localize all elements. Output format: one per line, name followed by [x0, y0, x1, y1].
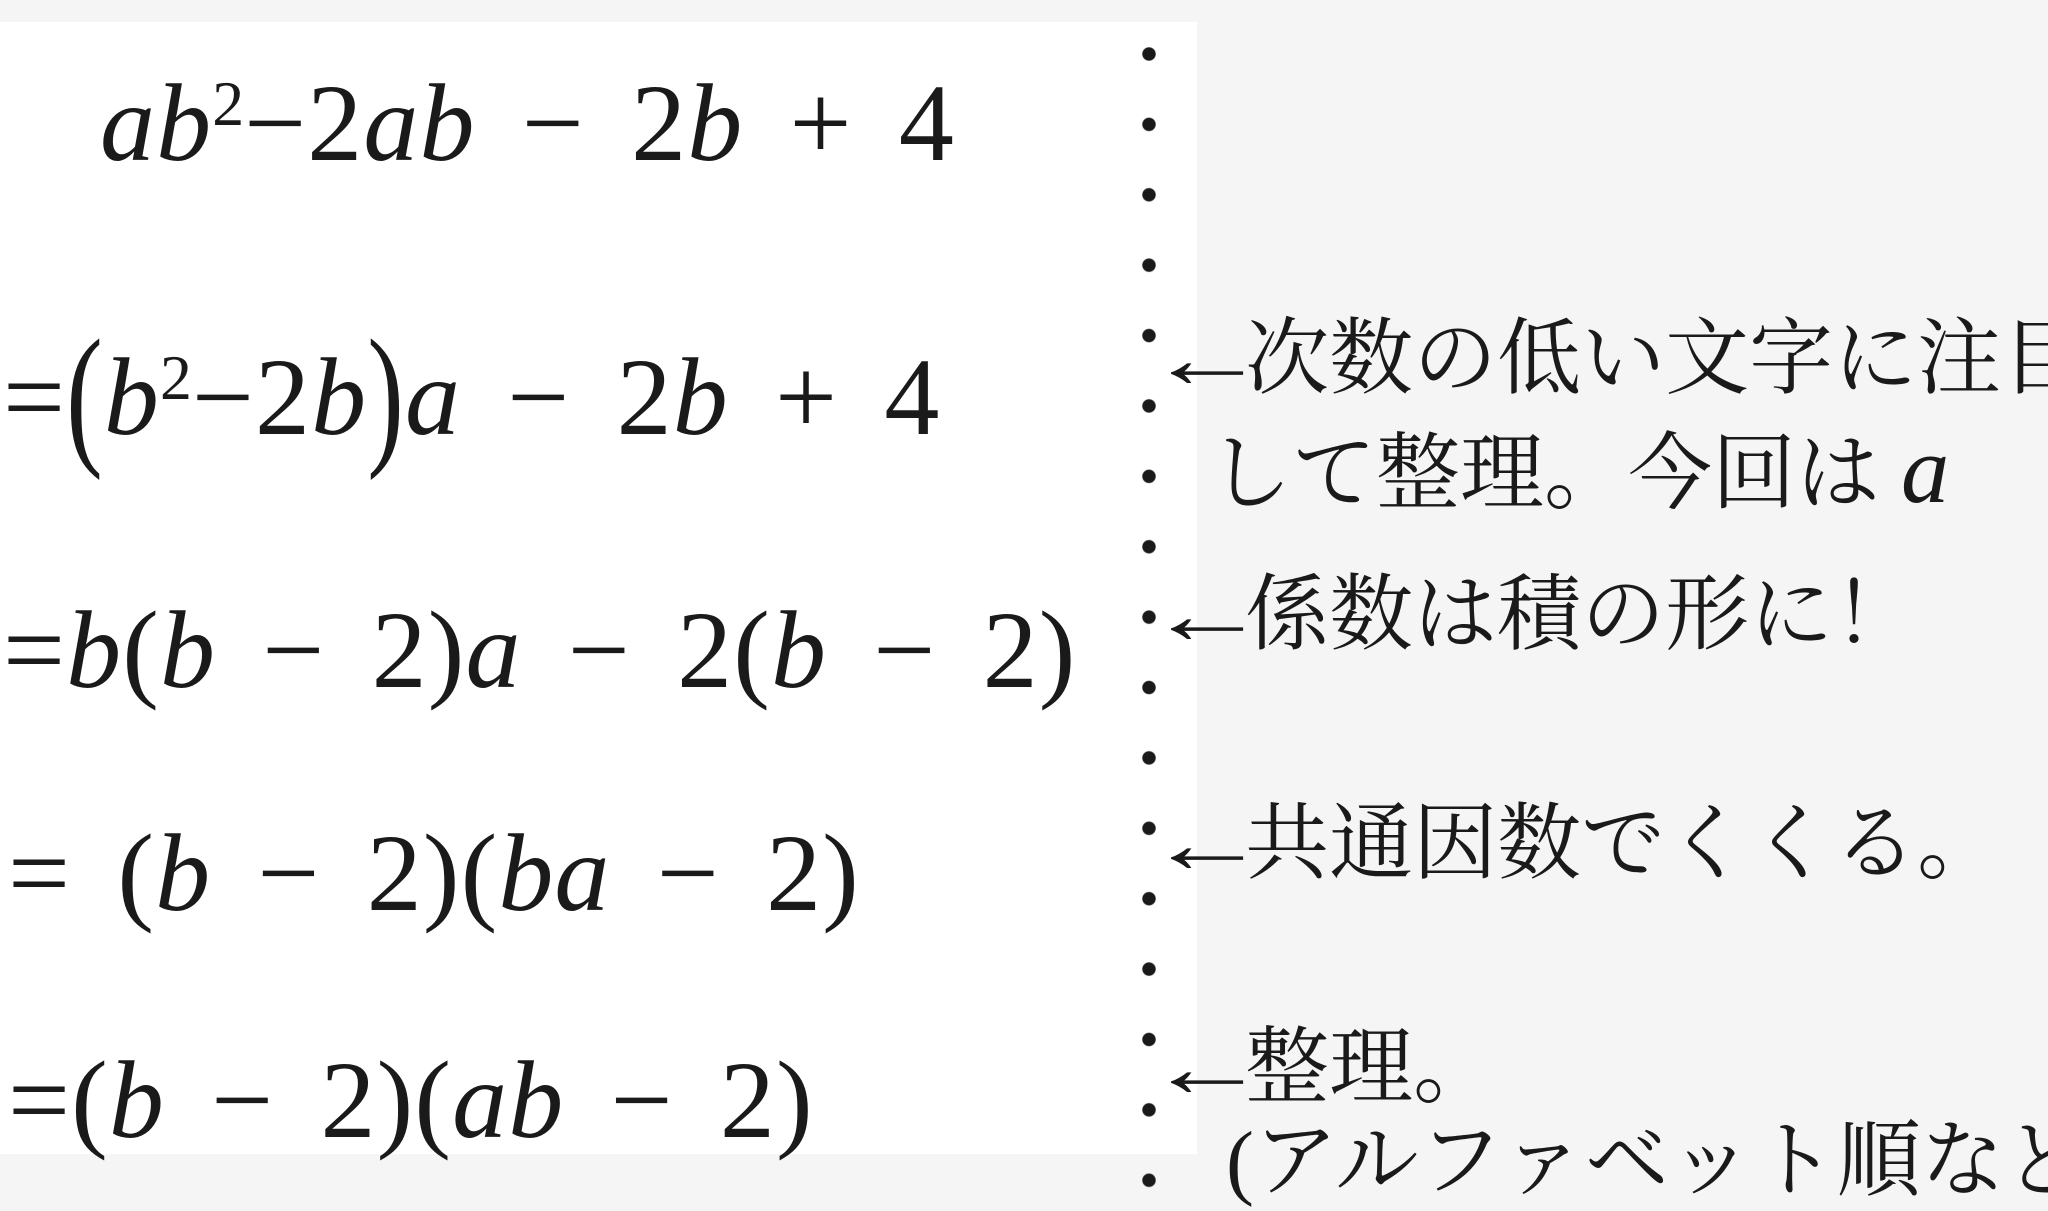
annotation-4: ←整理。(アルファベット順など): [1146, 1022, 2048, 1208]
annotation-1: ←次数の低い文字に注目して整理。今回は a: [1146, 305, 2048, 530]
annotation-2: ←係数は積の形に！: [1146, 571, 1917, 661]
annotation-text: 係数は積の形に！: [1245, 569, 1917, 662]
annotation-text: (アルファベット順など): [1226, 1115, 2048, 1208]
annotation-text: して整理。今回は: [1208, 428, 1901, 521]
annotation-line: ←整理。: [1146, 1022, 2048, 1115]
left-arrow-icon: ←: [1146, 571, 1268, 661]
annotation-line: ←次数の低い文字に注目: [1146, 305, 2048, 415]
left-arrow-icon: ←: [1146, 800, 1268, 890]
annotation-text: 次数の低い文字に注目: [1245, 313, 2048, 406]
annotation-line: (アルファベット順など): [1146, 1115, 2048, 1208]
annotation-column: ←次数の低い文字に注目して整理。今回は a←係数は積の形に！←共通因数でくくる。…: [0, 0, 2048, 1211]
annotation-3: ←共通因数でくくる。: [1146, 800, 2001, 890]
left-arrow-icon: ←: [1146, 305, 1268, 415]
worksheet-page: ab2−2ab − 2b + 4=(b2−2b)a − 2b + 4=b(b −…: [0, 0, 2048, 1211]
left-arrow-icon: ←: [1146, 1022, 1268, 1115]
annotation-line: して整理。今回は a: [1146, 415, 2048, 530]
annotation-text: 共通因数でくくる。: [1245, 798, 2001, 891]
annotation-text: 整理。: [1245, 1022, 1497, 1115]
annotation-line: ←共通因数でくくる。: [1146, 800, 2001, 890]
annotation-line: ←係数は積の形に！: [1146, 571, 1917, 661]
math-variable: a: [1901, 416, 1949, 523]
